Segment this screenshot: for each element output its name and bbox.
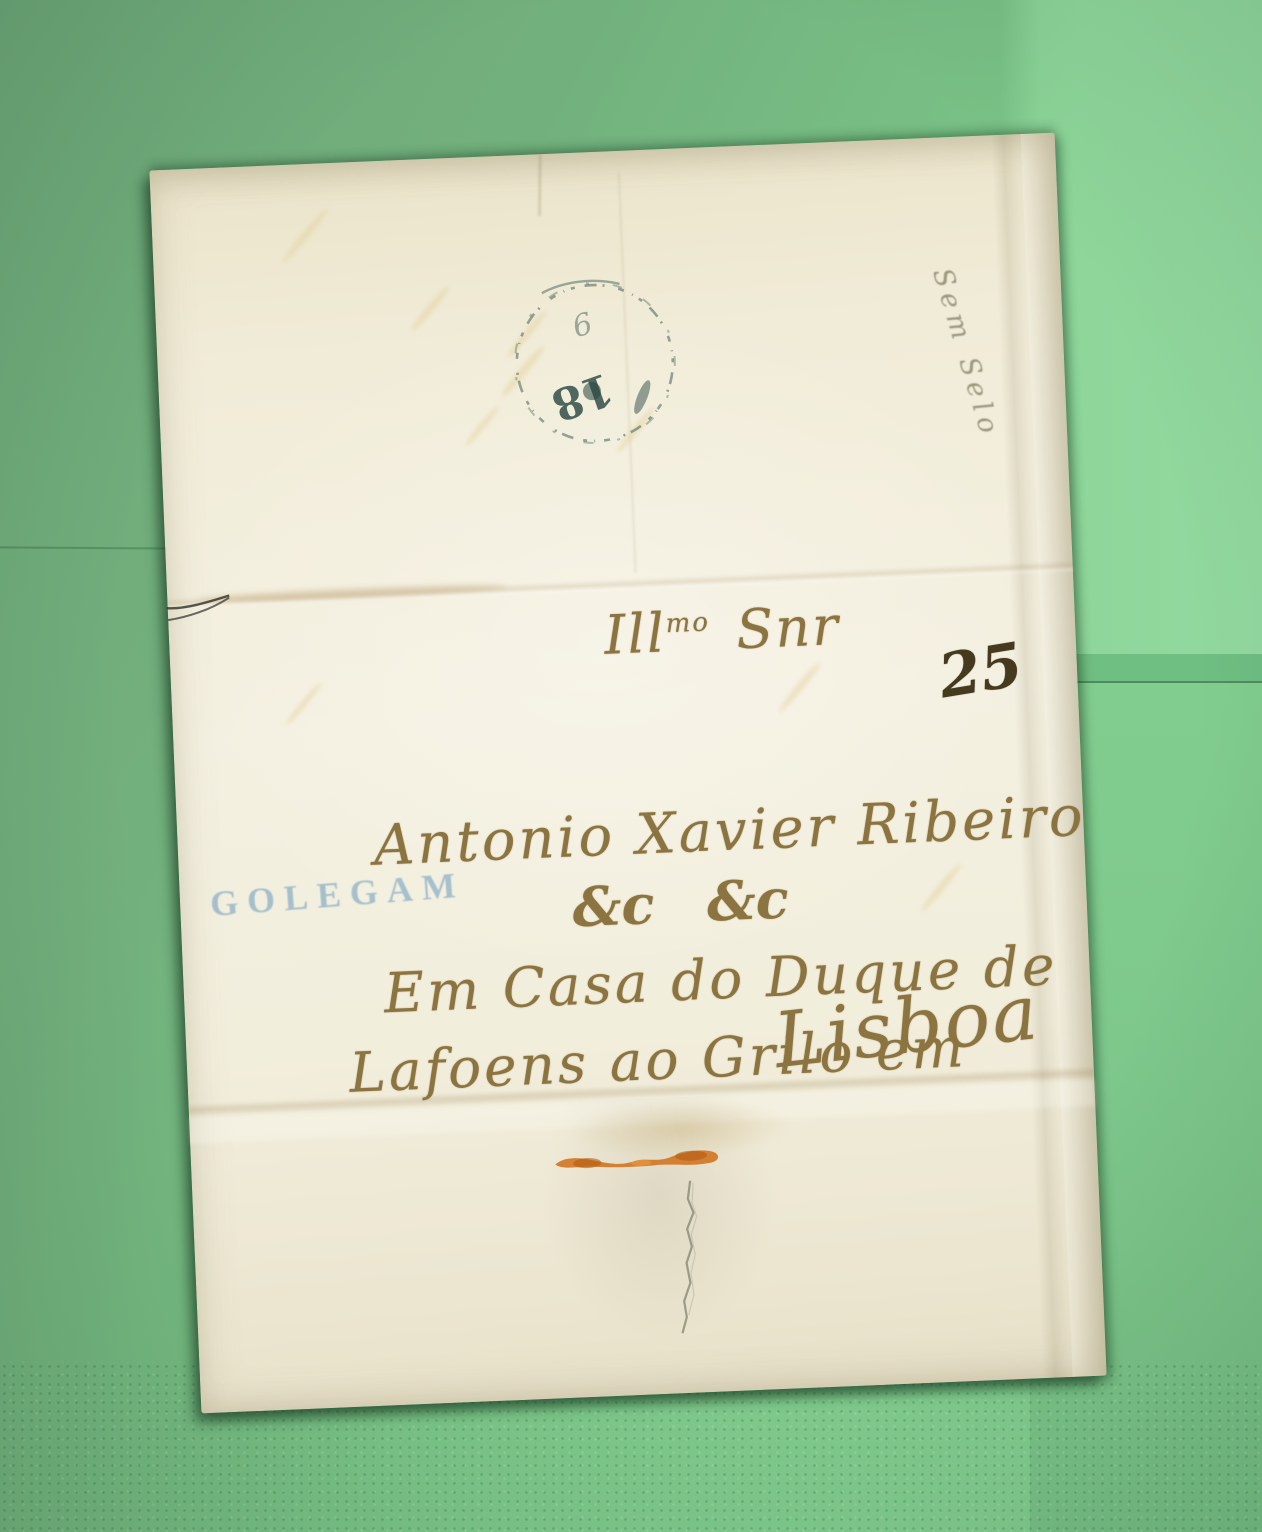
circular-postmark: 6 18	[501, 269, 688, 456]
paper-stain	[409, 284, 451, 333]
photo-of-folded-letter: 6 18 Sem Selo IllmoSnr 25 Antonio Xavier…	[0, 0, 1262, 1532]
ink-flick-mark	[163, 583, 239, 630]
folded-letter-paper: 6 18 Sem Selo IllmoSnr 25 Antonio Xavier…	[149, 133, 1106, 1414]
recipient-name: Antonio Xavier Ribeiro	[372, 784, 1086, 879]
paper-stain	[284, 680, 324, 727]
honorific-flourishes: &c &c	[571, 866, 790, 939]
salutation-line: IllmoSnr	[603, 594, 841, 667]
paper-stain	[280, 206, 330, 264]
salutation-snr: Snr	[735, 594, 841, 661]
blue-straightline-handstamp: GOLEGAM	[209, 864, 466, 925]
paper-stain	[776, 660, 822, 714]
salutation-superscript: mo	[665, 607, 711, 639]
paper-tear-line	[660, 1178, 711, 1342]
paper-stain	[919, 861, 964, 913]
postmark-upper-digit: 6	[569, 306, 597, 345]
pencil-annotation: Sem Selo	[926, 265, 1005, 443]
paper-stain	[463, 404, 501, 448]
top-edge-crease	[538, 154, 542, 216]
postmark-day-digits: 18	[545, 362, 620, 430]
postal-rate-marking: 25	[934, 630, 1028, 713]
salutation-ill: Ill	[603, 601, 667, 667]
